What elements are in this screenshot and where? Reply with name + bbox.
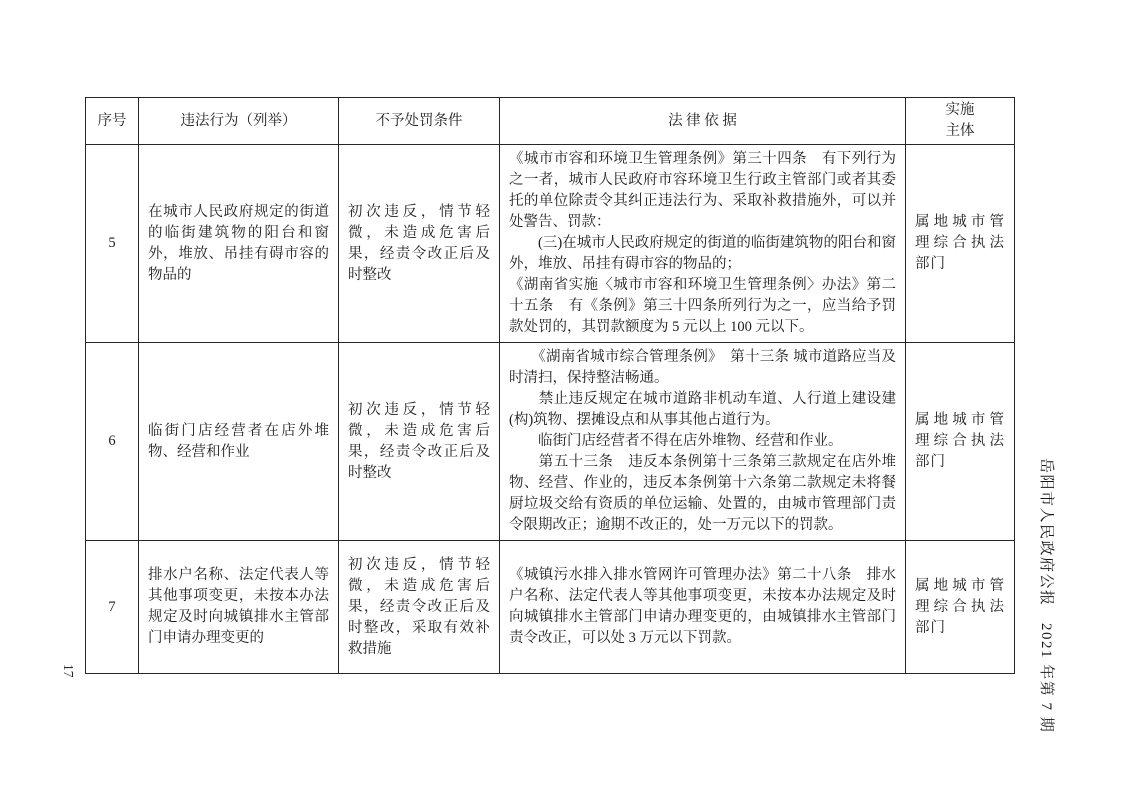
serial-number: 6: [86, 343, 139, 541]
table-row: 6 临街门店经营者在店外堆物、经营和作业 初次违反，情节轻微，未造成危害后果，经…: [86, 343, 1015, 541]
serial-number: 5: [86, 145, 139, 343]
violation-text: 排水户名称、法定代表人等其他事项变更，未按本办法规定及时向城镇排水主管部门申请办…: [139, 541, 339, 674]
exemption-table: 序号 违法行为（列举） 不予处罚条件 法 律 依 据 实施 主体 5 在城市人民…: [85, 97, 1015, 674]
violation-text: 在城市人民政府规定的街道的临街建筑物的阳台和窗外，堆放、吊挂有碍市容的物品的: [139, 145, 339, 343]
header-serial: 序号: [86, 98, 139, 145]
implementer-text: 属地城市管理综合执法部门: [906, 541, 1015, 674]
table-row: 7 排水户名称、法定代表人等其他事项变更，未按本办法规定及时向城镇排水主管部门申…: [86, 541, 1015, 674]
serial-number: 7: [86, 541, 139, 674]
page-number: 17: [58, 664, 76, 690]
legal-basis-text: 《湖南省城市综合管理条例》 第十三条 城市道路应当及时清扫，保持整洁畅通。 禁止…: [500, 343, 906, 541]
condition-text: 初次违反，情节轻微，未造成危害后果，经责令改正后及时整改，采取有效补救措施: [339, 541, 500, 674]
table-row: 5 在城市人民政府规定的街道的临街建筑物的阳台和窗外，堆放、吊挂有碍市容的物品的…: [86, 145, 1015, 343]
condition-text: 初次违反，情节轻微，未造成危害后果，经责令改正后及时整改: [339, 145, 500, 343]
violation-text: 临街门店经营者在店外堆物、经营和作业: [139, 343, 339, 541]
header-violation: 违法行为（列举）: [139, 98, 339, 145]
legal-basis-text: 《城镇污水排入排水管网许可管理办法》第二十八条 排水户名称、法定代表人等其他事项…: [500, 541, 906, 674]
header-implementer: 实施 主体: [906, 98, 1015, 145]
implementer-text: 属地城市管理综合执法部门: [906, 145, 1015, 343]
condition-text: 初次违反，情节轻微，未造成危害后果，经责令改正后及时整改: [339, 343, 500, 541]
header-legal-basis: 法 律 依 据: [500, 98, 906, 145]
header-condition: 不予处罚条件: [339, 98, 500, 145]
implementer-text: 属地城市管理综合执法部门: [906, 343, 1015, 541]
legal-basis-text: 《城市市容和环境卫生管理条例》第三十四条 有下列行为之一者，城市人民政府市容环境…: [500, 145, 906, 343]
gazette-margin-caption: 岳阳市人民政府公报 2021 年第 7 期: [1038, 458, 1058, 740]
table-header-row: 序号 违法行为（列举） 不予处罚条件 法 律 依 据 实施 主体: [86, 98, 1015, 145]
